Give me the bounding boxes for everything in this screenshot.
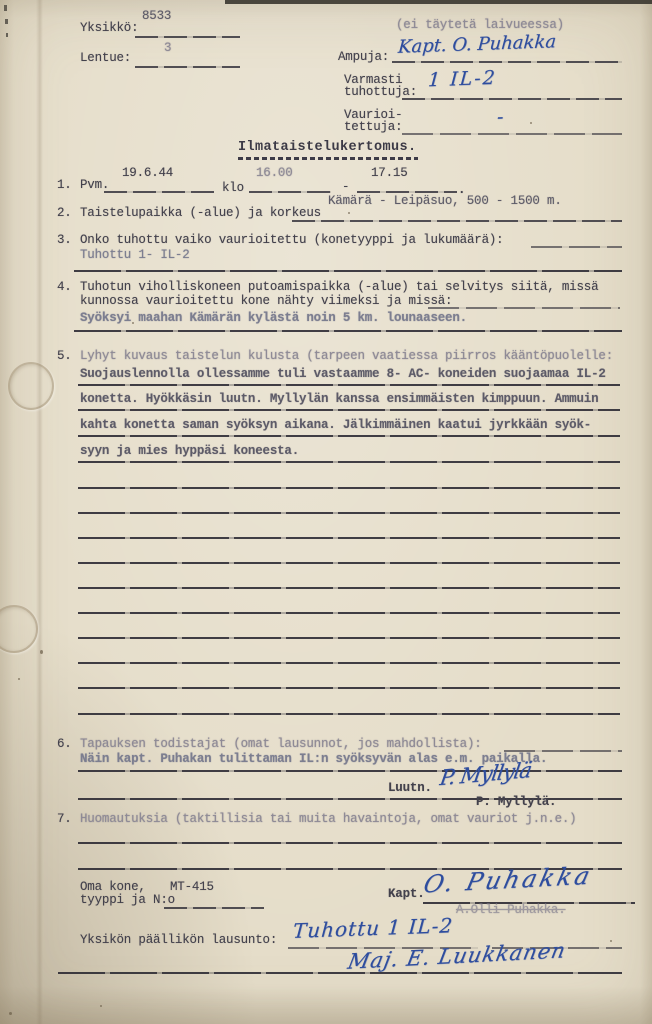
squadron-label: Lentue:: [80, 52, 131, 65]
q6-label: Tapauksen todistajat (omat lausunnot, jo…: [80, 738, 482, 751]
blank-rule: [78, 487, 620, 489]
blank-rule: [78, 662, 620, 664]
q6-typed-name: P. Myllylä.: [476, 796, 556, 809]
paper-fold-line: [36, 0, 43, 1024]
paper-speck: [530, 122, 532, 124]
paper-speck: [40, 650, 43, 654]
q4-rule-short: [428, 307, 620, 309]
unit-rule: [135, 36, 240, 38]
commander-signature: Maj. E. Luukkanen: [346, 938, 568, 974]
blank-rule: [78, 562, 620, 564]
blank-rule: [78, 637, 620, 639]
q1-date-rule: [104, 191, 214, 193]
q2-rule: [292, 220, 622, 222]
q3-rule: [74, 270, 622, 272]
q1-number: 1.: [57, 179, 72, 192]
commander-statement-handwritten: Tuhottu 1 IL-2: [292, 913, 454, 943]
q6-number: 6.: [57, 738, 72, 751]
q3-answer: Tuhottu 1- IL-2: [80, 249, 190, 262]
report-title: Ilmataistelukertomus.: [238, 140, 417, 155]
q5-rule4: [78, 461, 620, 463]
q4-label-line1: Tuhotun viholliskoneen putoamispaikka (-…: [80, 281, 598, 294]
q6-rule1: [78, 770, 622, 772]
q3-label: Onko tuhottu vaiko vaurioitettu (konetyy…: [80, 234, 503, 247]
captain-typed-name: A.Olli Puhakka.: [456, 904, 566, 917]
q1-klo-label: klo: [222, 182, 244, 195]
q4-label-line2: kunnossa vaurioitettu kone nähty viimeks…: [80, 295, 452, 308]
q5-answer-line2: konetta. Hyökkäsin luutn. Myllylän kanss…: [80, 393, 598, 406]
paper-speck: [18, 678, 20, 680]
q1-time-to-rule: [357, 191, 457, 193]
squadron-rule: [135, 66, 240, 68]
unit-label: Yksikkö:: [80, 22, 138, 35]
own-plane-rule: [164, 907, 264, 909]
q3-number: 3.: [57, 234, 72, 247]
q1-date-value: 19.6.44: [122, 167, 173, 180]
q5-answer-line4: syyn ja mies hyppäsi koneesta.: [80, 445, 299, 458]
q7-rule1: [78, 842, 622, 844]
damaged-rule: [402, 133, 622, 135]
q6-rank-label: Luutn.: [388, 782, 432, 795]
q5-rule2: [78, 409, 620, 411]
gunner-handwritten-value: Kapt. O. Puhakka: [397, 31, 556, 58]
q5-answer-line1: Suojauslennolla ollessamme tuli vastaamm…: [80, 368, 606, 381]
blank-rule: [78, 687, 620, 689]
paper-edge-mark: [5, 19, 8, 24]
commander-statement-label: Yksikön päällikön lausunto:: [80, 934, 277, 947]
punch-mark-bottom: [0, 605, 38, 653]
gunner-label: Ampuja:: [338, 51, 389, 64]
confirmed-rule: [402, 98, 622, 100]
blank-rule: [78, 537, 620, 539]
q5-number: 5.: [57, 350, 72, 363]
paper-speck: [9, 1012, 12, 1015]
title-underline: [238, 157, 418, 160]
blank-rule: [78, 612, 620, 614]
bottom-rule: [58, 972, 622, 974]
paper-edge-mark: [6, 33, 8, 37]
punch-mark-top: [8, 362, 54, 410]
q7-number: 7.: [57, 813, 72, 826]
paper-speck: [348, 212, 350, 214]
confirmed-handwritten-value: 1 IL-2: [427, 67, 497, 91]
q3-rule-short: [531, 246, 622, 248]
q5-answer-line3: kahta konetta saman syöksyn aikana. Jälk…: [80, 419, 591, 432]
captain-signature: O. Puhakka: [421, 861, 596, 898]
damaged-label-line2: tettuja:: [344, 121, 402, 134]
blank-rule: [78, 713, 620, 715]
captain-label: Kapt.: [388, 888, 425, 901]
damaged-handwritten-value: -: [496, 106, 504, 128]
unit-value: 8533: [142, 10, 171, 23]
paper-edge-mark: [4, 5, 7, 11]
q4-answer: Syöksyi maahan Kämärän kylästä noin 5 km…: [80, 312, 467, 325]
paper-speck: [100, 1005, 102, 1007]
q1-time-from-value: 16.00: [256, 167, 293, 180]
q2-label: Taistelupaikka (-alue) ja korkeus: [80, 207, 321, 220]
paper-speck: [610, 940, 612, 942]
own-plane-value: MT-415: [170, 881, 214, 894]
q4-number: 4.: [57, 281, 72, 294]
q5-label: Lyhyt kuvaus taistelun kulusta (tarpeen …: [80, 350, 613, 363]
q5-rule3: [78, 435, 620, 437]
gunner-rule: [392, 61, 622, 63]
header-note: (ei täytetä laivueessa): [396, 19, 564, 32]
q7-label: Huomautuksia (taktillisia tai muita hava…: [80, 813, 576, 826]
q4-rule: [74, 330, 622, 332]
own-plane-label-line2: tyyppi ja N:o: [80, 894, 175, 907]
document-page: Yksikkö: 8533 Lentue: 3 (ei täytetä laiv…: [0, 0, 652, 1024]
photo-edge-top: [225, 0, 652, 4]
q1-time-to-value: 17.15: [371, 167, 408, 180]
squadron-value: 3: [164, 42, 171, 55]
q5-rule1: [78, 384, 620, 386]
q1-dash: -: [342, 181, 349, 194]
blank-rule: [78, 512, 620, 514]
blank-rule: [78, 587, 620, 589]
q1-time-from-rule: [249, 191, 331, 193]
q2-answer: Kämärä - Leipäsuo, 500 - 1500 m.: [328, 195, 562, 208]
q2-number: 2.: [57, 207, 72, 220]
